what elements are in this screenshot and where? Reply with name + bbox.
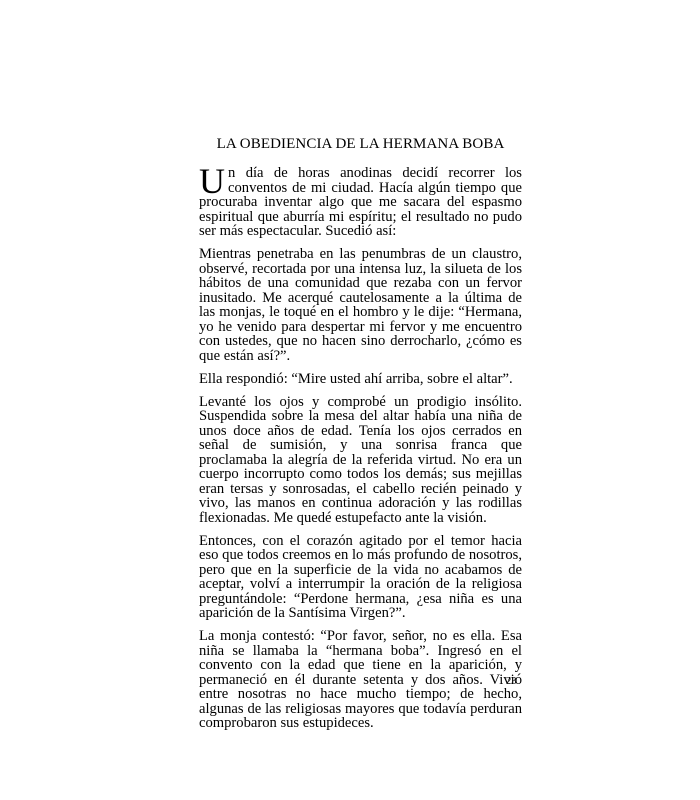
paragraph-vision: Levanté los ojos y comprobé un prodigio … [199,395,522,526]
opening-paragraph: Un día de horas anodinas decidí recorrer… [199,166,522,239]
drop-cap: U [199,166,225,193]
paragraph-question: Entonces, con el corazón agitado por el … [199,534,522,621]
paragraph-nun-reply: Ella respondió: “Mire usted ahí arriba, … [199,372,522,387]
text-column: LA OBEDIENCIA DE LA HERMANA BOBA Un día … [199,137,522,740]
paragraph-answer: La monja contestó: “Por favor, señor, no… [199,629,522,731]
page-number: 23 [506,676,517,688]
book-page: LA OBEDIENCIA DE LA HERMANA BOBA Un día … [0,0,700,800]
opening-paragraph-text: n día de horas anodinas decidí recorrer … [199,165,522,239]
paragraph-cloister: Mientras penetraba en las penumbras de u… [199,247,522,363]
story-title: LA OBEDIENCIA DE LA HERMANA BOBA [199,137,522,152]
